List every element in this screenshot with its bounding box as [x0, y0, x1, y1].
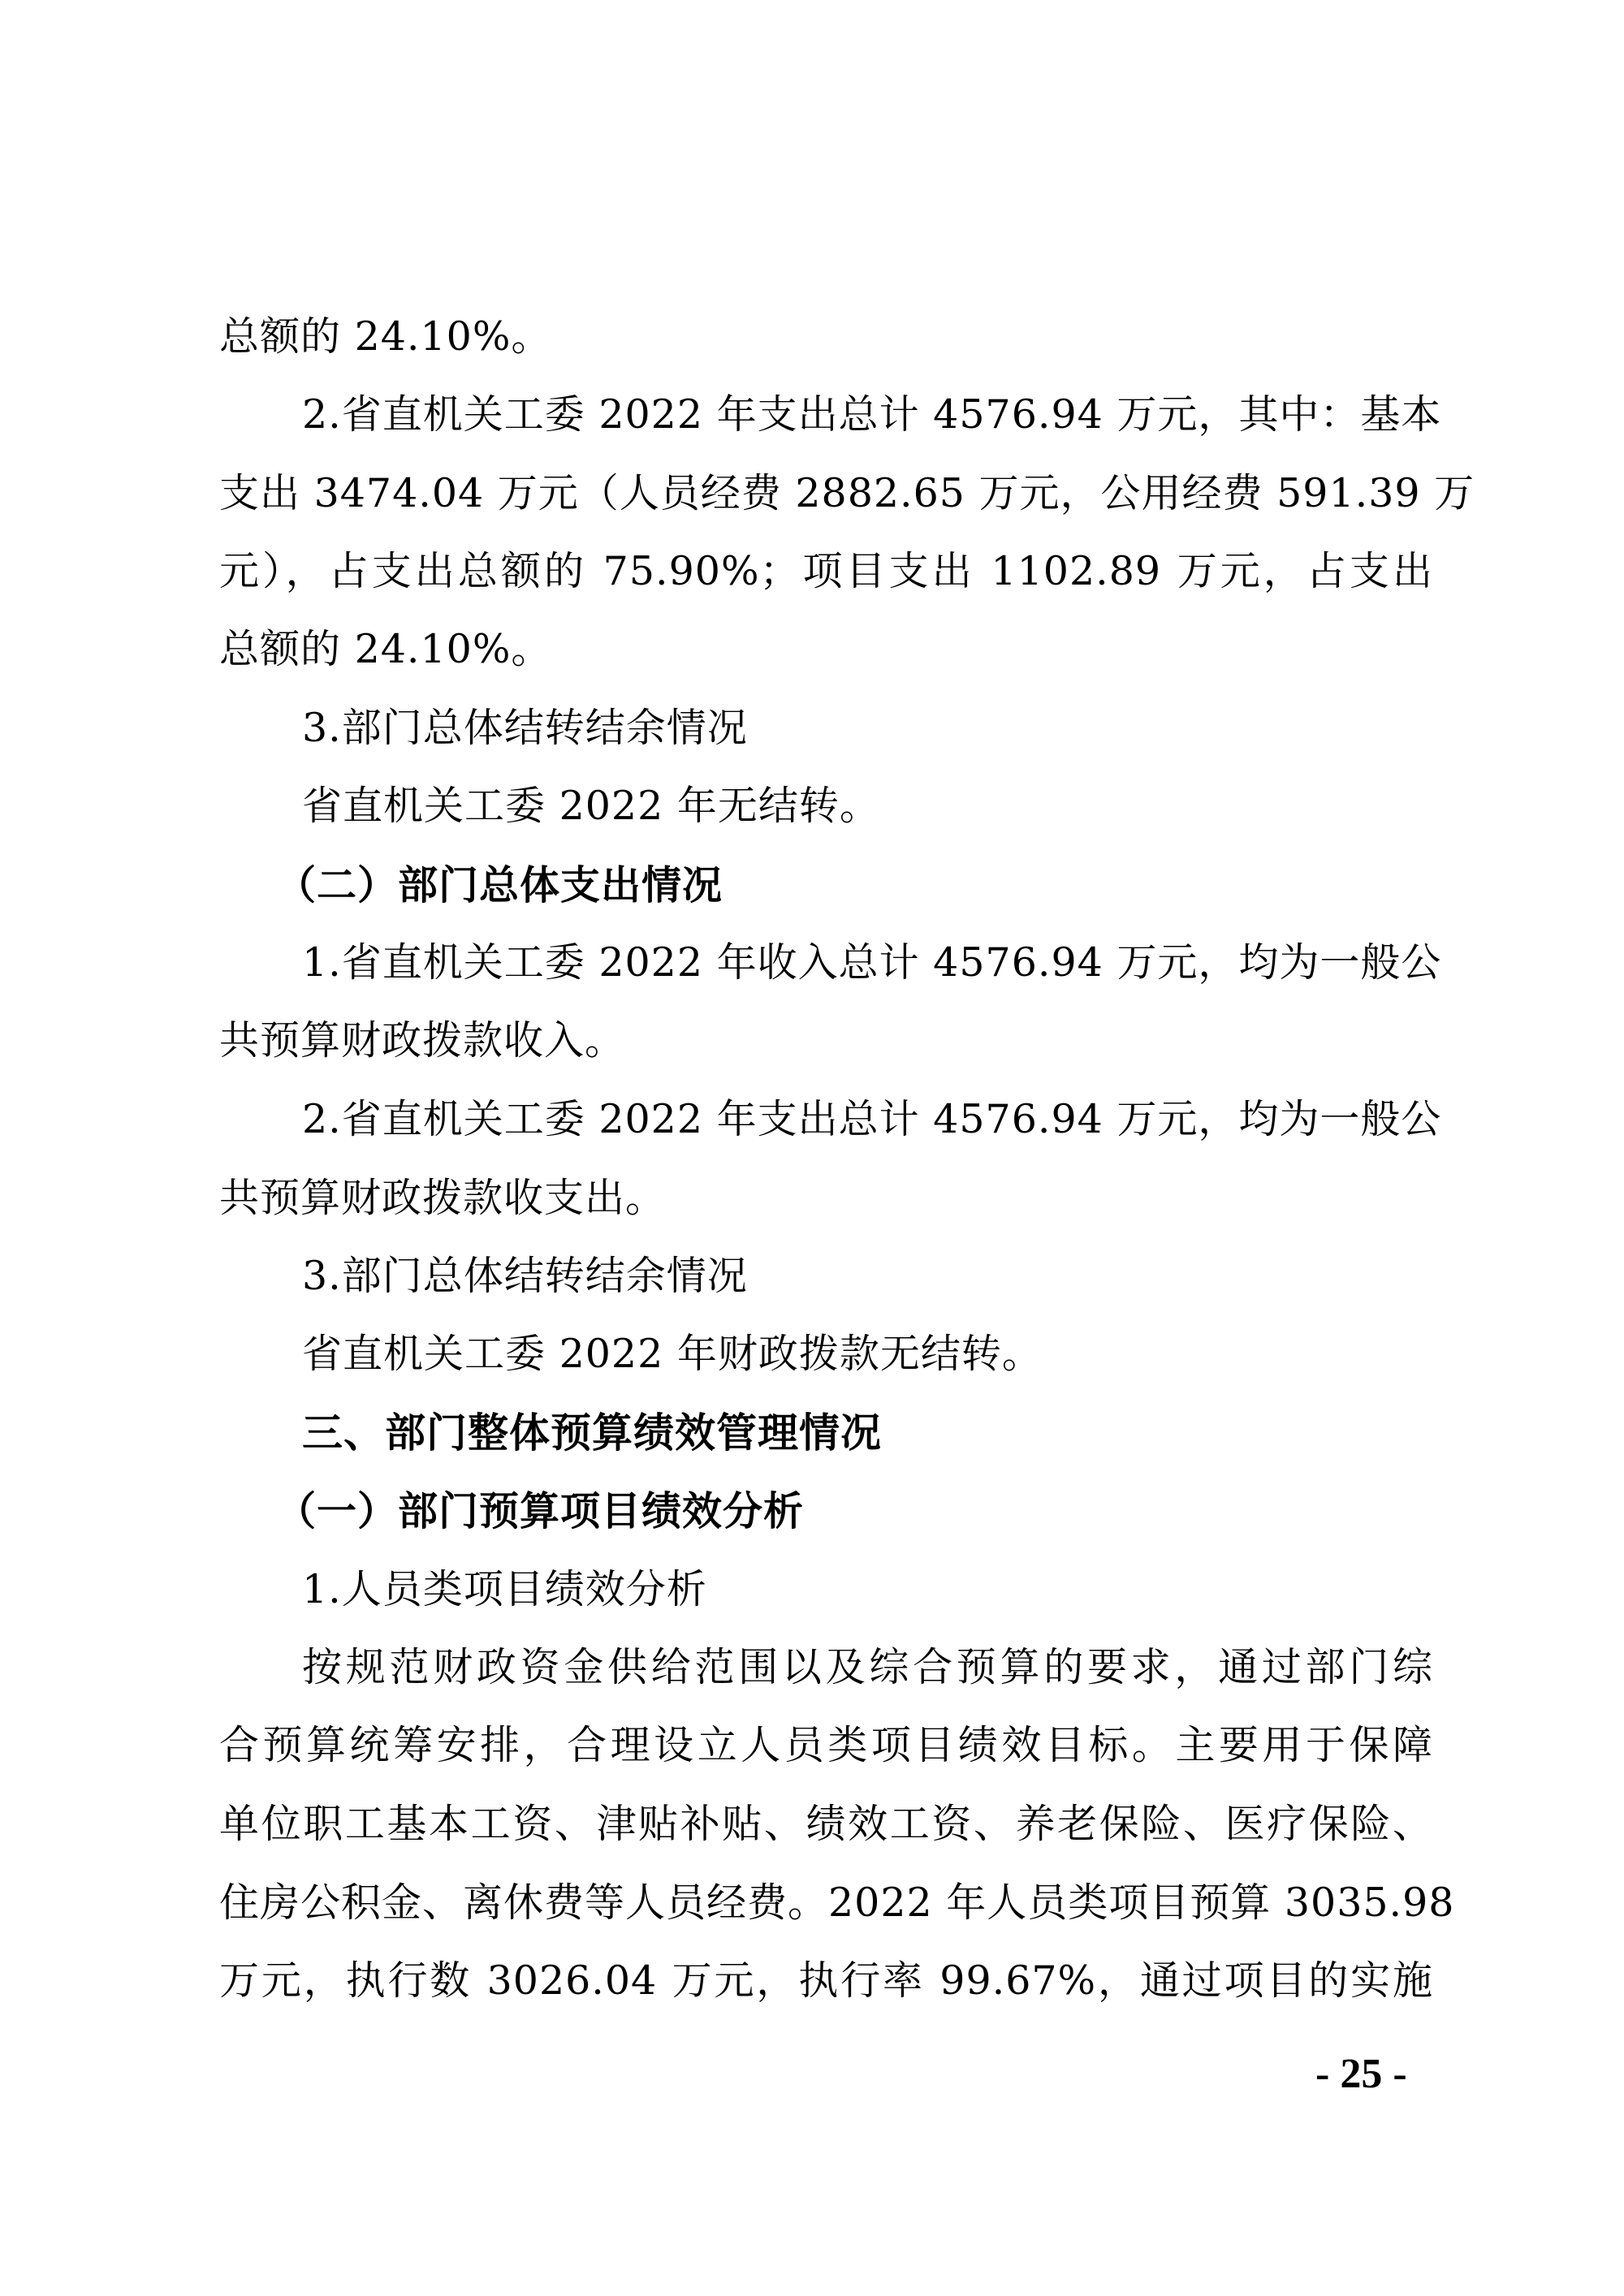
paragraph-line: 共预算财政拨款收支出。 — [219, 1159, 1433, 1237]
paragraph-line: 按规范财政资金供给范围以及综合预算的要求，通过部门综 — [302, 1629, 1433, 1707]
paragraph-line: 元），占支出总额的 75.90%；项目支出 1102.89 万元，占支出 — [219, 533, 1433, 611]
paragraph-line: 支出 3474.04 万元（人员经费 2882.65 万元，公用经费 591.3… — [219, 455, 1433, 533]
paragraph-line: 单位职工基本工资、津贴补贴、绩效工资、养老保险、医疗保险、 — [219, 1785, 1433, 1863]
paragraph-line: 住房公积金、离休费等人员经费。2022 年人员类项目预算 3035.98 — [219, 1864, 1433, 1942]
page-number: - 25 - — [1315, 2050, 1407, 2099]
subsection-heading: 3.部门总体结转结余情况 — [302, 1237, 1433, 1315]
paragraph-line: 省直机关工委 2022 年财政拨款无结转。 — [302, 1315, 1433, 1393]
document-page: 总额的 24.10%。 2.省直机关工委 2022 年支出总计 4576.94 … — [0, 0, 1624, 2296]
section-heading-1: 三、部门整体预算绩效管理情况 — [302, 1394, 1433, 1472]
subsection-heading: 1.人员类项目绩效分析 — [302, 1551, 1433, 1629]
paragraph-line: 总额的 24.10%。 — [219, 611, 1433, 688]
paragraph-line: 合预算统筹安排，合理设立人员类项目绩效目标。主要用于保障 — [219, 1707, 1433, 1785]
paragraph-line: 省直机关工委 2022 年无结转。 — [302, 767, 1433, 845]
paragraph-line: 2.省直机关工委 2022 年支出总计 4576.94 万元，其中：基本 — [302, 376, 1433, 454]
paragraph-line: 1.省直机关工委 2022 年收入总计 4576.94 万元，均为一般公 — [302, 924, 1433, 1002]
paragraph-line: 万元，执行数 3026.04 万元，执行率 99.67%，通过项目的实施 — [219, 1942, 1433, 2020]
section-heading-2: （一）部门预算项目绩效分析 — [276, 1472, 1490, 1550]
section-heading-2: （二）部门总体支出情况 — [276, 846, 1490, 924]
subsection-heading: 3.部门总体结转结余情况 — [302, 689, 1433, 767]
paragraph-line: 总额的 24.10%。 — [219, 298, 1433, 376]
paragraph-line: 2.省直机关工委 2022 年支出总计 4576.94 万元，均为一般公 — [302, 1081, 1433, 1159]
paragraph-line: 共预算财政拨款收入。 — [219, 1002, 1433, 1080]
